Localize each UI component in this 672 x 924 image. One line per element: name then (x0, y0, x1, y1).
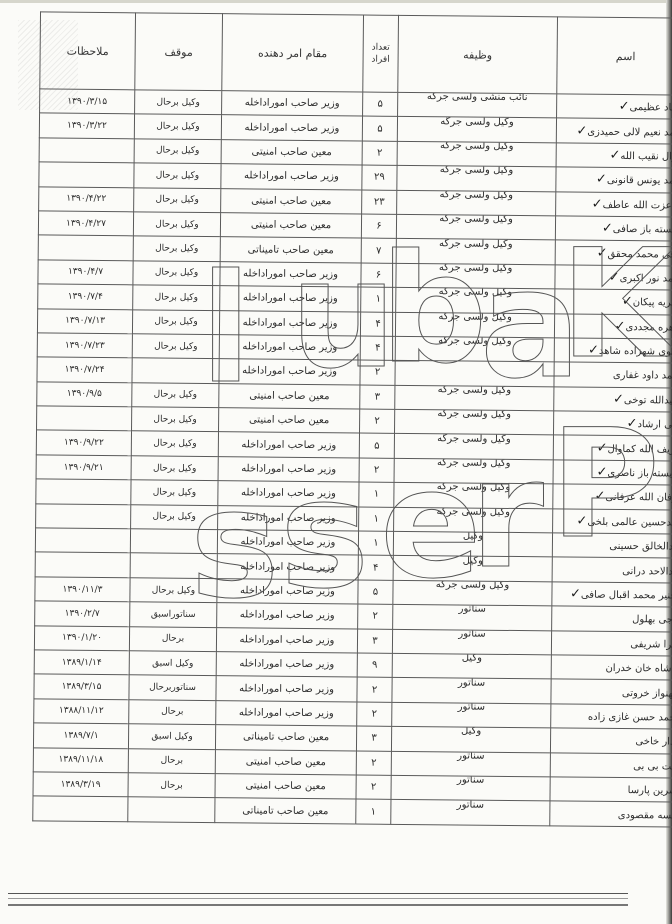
row-status: وکیل برحال (133, 212, 220, 237)
person-name: حاجی بهلول (632, 615, 672, 626)
row-status: وکیل برحال (132, 309, 219, 334)
checkmark-icon: ✓ (570, 587, 581, 602)
row-name: محمد حسن غازی زاده (551, 704, 672, 730)
job-title: وکیل ولسی جرگه (439, 214, 513, 225)
bottom-rule (8, 893, 628, 906)
checkmark-icon: ✓ (576, 513, 587, 528)
row-notes (36, 479, 131, 504)
header-count: تعداد افراد (363, 15, 399, 92)
row-count: ۳ (357, 629, 392, 654)
row-count: ۱ (356, 799, 391, 824)
row-authority: وزیر صاحب اموراداخله (219, 310, 360, 336)
job-title: وکیل ولسی جرگه (439, 287, 513, 298)
job-title: وکیل ولسی جرگه (440, 166, 514, 177)
person-name: محمد حسن غازی زاده (588, 712, 672, 724)
checkmark-icon: ✓ (597, 440, 608, 455)
row-job: وکیل (393, 531, 552, 557)
row-name: فرهاد عظیمی✓ (557, 94, 672, 120)
row-status: وکیل برحال (133, 285, 220, 310)
row-authority: معین صاحب امنیتی (215, 749, 356, 775)
table-row: ۶۰انیسه مقصودیسناتور۱معین صاحب تامیناتی (33, 796, 672, 827)
person-name: جنرال نقیب الله (620, 151, 672, 163)
row-job: وکیل ولسی جرگه (397, 190, 556, 216)
checkmark-icon: ✓ (627, 416, 638, 431)
row-job: وکیل ولسی جرگه (397, 117, 556, 143)
row-name: طاهره مجددی✓ (554, 313, 672, 339)
row-status: وکیل اسبق (129, 651, 216, 676)
row-authority: وزیر صاحب اموراداخله (221, 164, 362, 190)
row-job: وکیل ولسی جرگه (396, 287, 555, 313)
row-notes: ۱۳۹۰/۳/۱۵ (40, 89, 135, 114)
row-status: وکیل برحال (131, 480, 218, 505)
job-title: وکیل ولسی جرگه (436, 580, 510, 591)
row-job: وکیل ولسی جرگه (395, 312, 554, 338)
row-authority: معین صاحب تامیناتی (215, 798, 356, 824)
row-notes: ۱۳۹۰/۷/۲۳ (37, 333, 132, 358)
row-authority: وزیر صاحب اموراداخله (219, 335, 360, 361)
row-authority: وزیر صاحب اموراداخله (216, 676, 357, 702)
row-name: هیلی ارشاد✓ (553, 411, 672, 437)
row-notes: ۱۳۹۰/۷/۴ (38, 284, 133, 309)
checkmark-icon: ✓ (613, 392, 624, 407)
row-notes: ۱۳۹۰/۹/۲۲ (36, 430, 131, 455)
row-status: وکیل برحال (132, 334, 219, 359)
row-authority: معین صاحب تامیناتی (215, 725, 356, 751)
job-title: وکیل ولسی جرگه (438, 312, 512, 323)
checkmark-icon: ✓ (588, 343, 599, 358)
job-title: نائب منشی ولسی جرگه (427, 92, 528, 103)
row-count: ۲۳ (362, 190, 397, 215)
row-status: وکیل برحال (132, 407, 219, 432)
row-count: ۱ (359, 507, 394, 532)
row-name: عرفان الله عرفانی✓ (553, 484, 672, 510)
job-title: وکیل (463, 531, 483, 542)
person-name: شایسته باز صافی (613, 224, 672, 236)
row-count: ۱ (359, 482, 394, 507)
person-name: نسرین پارسا (628, 785, 672, 797)
person-name: شکریه پیکان (633, 297, 672, 309)
person-name: حمیدالله توخی (624, 395, 672, 407)
checkmark-icon: ✓ (609, 148, 620, 163)
row-job: وکیل ولسی جرگه (394, 458, 553, 484)
row-authority: وزیر صاحب اموراداخله (218, 457, 359, 483)
row-job: وکیل ولسی جرگه (397, 141, 556, 167)
checkmark-icon: ✓ (594, 489, 605, 504)
person-name: فرهاد عظیمی (630, 102, 672, 114)
row-name: عبدالخالق حسینی (552, 533, 672, 559)
job-title: سناتور (458, 678, 485, 689)
row-name: انیسه مقصودی (550, 801, 672, 827)
row-job: وکیل (393, 556, 552, 582)
row-count: ۶ (361, 263, 396, 288)
job-title: وکیل ولسی جرگه (439, 190, 513, 201)
person-name: بیدار خاخی (635, 737, 672, 748)
row-job: وکیل ولسی جرگه (396, 214, 555, 240)
row-name: سیدحسین عالمی بلخی✓ (553, 509, 672, 535)
row-notes: ۱۳۸۹/۱/۱۴ (34, 650, 129, 675)
header-name: اسم (557, 17, 672, 95)
person-name: انجنیر محمد اقبال صافی (581, 590, 672, 602)
table-body: ۳۱فرهاد عظیمی✓نائب منشی ولسی جرگه۵وزیر ص… (33, 89, 672, 827)
row-authority: وزیر صاحب اموراداخله (217, 603, 358, 629)
row-status: وکیل برحال (135, 90, 222, 115)
row-notes: ۱۳۸۹/۳/۱۵ (34, 674, 129, 699)
job-title: وکیل (462, 653, 482, 664)
person-name: عرفان الله عرفانی (605, 492, 672, 504)
row-name: ملا عزت الله عاطف✓ (556, 191, 672, 217)
row-notes (35, 528, 130, 553)
row-count: ۲ (356, 751, 391, 776)
person-name: حاجی محمد محقق (608, 248, 672, 260)
person-name: شهنواز خروتی (622, 688, 672, 700)
checkmark-icon: ✓ (602, 221, 613, 236)
checkmark-icon: ✓ (576, 123, 587, 138)
row-count: ۲ (356, 775, 391, 800)
row-count: ۲ (359, 409, 394, 434)
row-notes: ۱۳۸۹/۱۱/۱۸ (33, 747, 128, 772)
row-count: ۷ (361, 238, 396, 263)
row-name: بخت بی بی (550, 752, 672, 778)
row-notes: ۱۳۹۰/۹/۵ (37, 382, 132, 407)
row-status: وکیل برحال (134, 163, 221, 188)
row-authority: وزیر صاحب اموراداخله (218, 505, 359, 531)
row-status: سناتوربرحال (129, 675, 216, 700)
header-authority: مقام امر دهنده (222, 14, 364, 92)
header-job: وظیفه (398, 15, 558, 94)
row-count: ۴ (360, 336, 395, 361)
row-notes (35, 552, 130, 577)
checkmark-icon: ✓ (619, 99, 630, 114)
row-job: وکیل ولسی جرگه (396, 239, 555, 265)
row-job: وکیل ولسی جرگه (396, 263, 555, 289)
row-authority: وزیر صاحب اموراداخله (216, 627, 357, 653)
row-count: ۳ (360, 385, 395, 410)
row-authority: وزیر صاحب اموراداخله (216, 700, 357, 726)
row-count: ۴ (360, 312, 395, 337)
row-name: زهرا شریفی (551, 630, 672, 656)
row-status (128, 797, 215, 822)
row-job: سناتور (391, 775, 550, 801)
row-count: ۲ (360, 360, 395, 385)
row-name: نسرین پارسا (550, 777, 672, 803)
job-title: وکیل ولسی جرگه (440, 141, 514, 152)
job-title: وکیل ولسی جرگه (439, 263, 513, 274)
scan-top-edge (0, 0, 672, 3)
row-authority: وزیر صاحب اموراداخله (221, 115, 362, 141)
row-status: وکیل برحال (133, 236, 220, 261)
row-count: ۵ (363, 92, 398, 117)
row-name: عبدالاحد درانی (552, 557, 672, 583)
row-name: محمد داود غفاری (554, 362, 672, 388)
person-name: محمد داود غفاری (613, 370, 672, 382)
row-count: ۵ (359, 433, 394, 458)
row-job: وکیل (391, 726, 550, 752)
person-name: انیسه مقصودی (618, 810, 672, 822)
row-authority: وزیر صاحب اموراداخله (217, 530, 358, 556)
row-job: وکیل ولسی جرگه (393, 580, 552, 606)
row-name: بیدار خاخی (550, 728, 672, 754)
row-notes: ۱۳۸۹/۷/۱ (33, 723, 128, 748)
row-count: ۴ (358, 555, 393, 580)
row-authority: معین صاحب امنیتی (219, 408, 360, 434)
row-authority: معین صاحب امنیتی (221, 139, 362, 165)
person-name: زهرا شریفی (630, 639, 672, 650)
row-authority: معین صاحب تامیناتی (220, 237, 361, 263)
row-status: وکیل برحال (131, 504, 218, 529)
row-notes: ۱۳۹۰/۳/۲۲ (39, 113, 134, 138)
row-status: وکیل برحال (134, 187, 221, 212)
row-status: سناتوراسبق (130, 602, 217, 627)
row-job: وکیل ولسی جرگه (395, 385, 554, 411)
row-count: ۲ (358, 604, 393, 629)
job-title: وکیل ولسی جرگه (438, 385, 512, 396)
person-name: پادشاه خان خدران (605, 663, 672, 675)
row-job: سناتور (392, 702, 551, 728)
row-authority: وزیر صاحب اموراداخله (217, 554, 358, 580)
table-header-row: شماره اسم وظیفه تعداد افراد مقام امر دهن… (40, 12, 672, 96)
job-title: وکیل ولسی جرگه (436, 507, 510, 518)
row-count: ۵ (362, 116, 397, 141)
row-notes (36, 504, 131, 529)
row-authority: وزیر صاحب اموراداخله (219, 359, 360, 385)
job-title: وکیل (463, 556, 483, 567)
job-title: وکیل ولسی جرگه (437, 458, 511, 469)
row-authority: معین صاحب امنیتی (221, 188, 362, 214)
row-status: برحال (129, 626, 216, 651)
row-status: وکیل برحال (130, 578, 217, 603)
row-count: ۶ (361, 214, 396, 239)
row-authority: وزیر صاحب اموراداخله (217, 578, 358, 604)
row-authority: معین صاحب امنیتی (220, 213, 361, 239)
person-name: محمد یونس قانونی (607, 175, 672, 187)
job-title: سناتور (458, 629, 485, 640)
row-status: وکیل برحال (133, 261, 220, 286)
job-title: وکیل ولسی جرگه (440, 117, 514, 128)
person-name: محمد نور اکبری (620, 273, 672, 285)
job-title: وکیل ولسی جرگه (438, 336, 512, 347)
row-name: محمد نعیم لالی حمیدزی✓ (556, 118, 672, 144)
row-name: حمیدالله توخی✓ (554, 387, 672, 413)
row-status: وکیل برحال (131, 456, 218, 481)
row-name: مولوی شهزاده شاهد✓ (554, 338, 672, 364)
checkmark-icon: ✓ (614, 319, 625, 334)
checkmark-icon: ✓ (596, 172, 607, 187)
row-authority: وزیر صاحب اموراداخله (218, 481, 359, 507)
row-notes (39, 162, 134, 187)
row-name: پادشاه خان خدران (551, 655, 672, 681)
row-notes: ۱۳۸۹/۳/۱۹ (33, 772, 128, 797)
checkmark-icon: ✓ (592, 196, 603, 211)
job-title: سناتور (458, 702, 485, 713)
job-title: سناتور (457, 775, 484, 786)
row-count: ۹ (357, 653, 392, 678)
row-name: شایسته باز ناصری✓ (553, 460, 672, 486)
bottom-rule-inner (8, 898, 628, 899)
row-notes: ۱۳۹۰/۲/۷ (35, 601, 130, 626)
row-notes: ۱۳۹۰/۹/۲۱ (36, 455, 131, 480)
row-authority: معین صاحب امنیتی (219, 383, 360, 409)
row-name: محمد نور اکبری✓ (555, 265, 672, 291)
row-status: برحال (129, 700, 216, 725)
job-title: وکیل (461, 726, 481, 737)
row-job: سناتور (392, 678, 551, 704)
row-count: ۲ (362, 141, 397, 166)
row-status (132, 358, 219, 383)
person-name: بخت بی بی (633, 761, 672, 772)
row-notes: ۱۳۹۰/۴/۲۲ (39, 186, 134, 211)
row-name: شایسته باز صافی✓ (555, 216, 672, 242)
row-authority: وزیر صاحب اموراداخله (222, 91, 363, 117)
row-notes: ۱۳۹۰/۴/۷ (38, 260, 133, 285)
row-name: حاجی بهلول (552, 606, 672, 632)
person-name: سیدحسین عالمی بلخی (587, 517, 672, 529)
row-status: وکیل برحال (134, 114, 221, 139)
row-status: وکیل اسبق (128, 724, 215, 749)
job-title: سناتور (457, 751, 484, 762)
row-status: وکیل برحال (134, 139, 221, 164)
row-job: نائب منشی ولسی جرگه (398, 92, 557, 118)
row-notes (39, 138, 134, 163)
row-authority: وزیر صاحب اموراداخله (216, 652, 357, 678)
row-name: شکریه پیکان✓ (555, 289, 672, 315)
row-status: برحال (128, 773, 215, 798)
person-name: عبدالاحد درانی (622, 566, 672, 578)
row-job (395, 361, 554, 387)
row-notes: ۱۳۹۰/۷/۱۳ (37, 308, 132, 333)
row-authority: وزیر صاحب اموراداخله (220, 286, 361, 312)
row-status: وکیل برحال (131, 431, 218, 456)
row-notes: ۱۳۹۰/۴/۲۷ (38, 211, 133, 236)
row-name: انجنیر محمد اقبال صافی✓ (552, 582, 672, 608)
row-count: ۵ (358, 580, 393, 605)
job-title: سناتور (459, 605, 486, 616)
job-title: وکیل ولسی جرگه (437, 483, 511, 494)
row-job: وکیل ولسی جرگه (394, 483, 553, 509)
row-status (130, 529, 217, 554)
row-count: ۱ (358, 531, 393, 556)
row-authority: وزیر صاحب اموراداخله (218, 432, 359, 458)
row-count: ۳ (356, 726, 391, 751)
header-status: موقف (135, 13, 223, 91)
row-notes: ۱۳۹۰/۱/۲۰ (34, 625, 129, 650)
row-notes (37, 406, 132, 431)
person-name: محمد نعیم لالی حمیدزی (587, 126, 672, 138)
job-title: وکیل ولسی جرگه (437, 434, 511, 445)
person-name: هیلی ارشاد (637, 419, 672, 430)
row-authority: وزیر صاحب اموراداخله (220, 261, 361, 287)
header-notes: ملاحظات (40, 12, 136, 90)
row-count: ۲۹ (362, 165, 397, 190)
person-name: مولوی شهزاده شاهد (599, 346, 672, 358)
row-name: شریف الله کماوال✓ (553, 435, 672, 461)
row-name: محمد یونس قانونی✓ (556, 167, 672, 193)
row-status (130, 553, 217, 578)
job-title: وکیل ولسی جرگه (439, 239, 513, 250)
row-job: سناتور (391, 751, 550, 777)
row-job: سناتور (391, 800, 550, 826)
row-authority: معین صاحب امنیتی (215, 774, 356, 800)
row-notes (33, 796, 128, 821)
row-job: وکیل (392, 653, 551, 679)
row-count: ۲ (357, 677, 392, 702)
row-job: سناتور (392, 629, 551, 655)
row-name: جنرال نقیب الله✓ (556, 143, 672, 169)
personnel-table: شماره اسم وظیفه تعداد افراد مقام امر دهن… (32, 11, 672, 827)
checkmark-icon: ✓ (596, 465, 607, 480)
row-job: وکیل ولسی جرگه (394, 507, 553, 533)
row-notes (38, 235, 133, 260)
row-job: وکیل ولسی جرگه (394, 434, 553, 460)
row-job: سناتور (393, 605, 552, 631)
person-name: شریف الله کماوال (607, 444, 672, 456)
person-name: شایسته باز ناصری (607, 468, 672, 480)
checkmark-icon: ✓ (609, 270, 620, 285)
row-status: برحال (128, 748, 215, 773)
person-name: ملا عزت الله عاطف (603, 200, 672, 212)
row-job: وکیل ولسی جرگه (397, 166, 556, 192)
row-count: ۱ (361, 287, 396, 312)
row-name: شهنواز خروتی (551, 679, 672, 705)
row-name: حاجی محمد محقق✓ (555, 240, 672, 266)
row-status: وکیل برحال (132, 383, 219, 408)
person-name: عبدالخالق حسینی (609, 541, 672, 553)
row-job: وکیل ولسی جرگه (394, 409, 553, 435)
job-title: سناتور (457, 800, 484, 811)
job-title: وکیل ولسی جرگه (437, 409, 511, 420)
checkmark-icon: ✓ (597, 245, 608, 260)
row-job: وکیل ولسی جرگه (395, 336, 554, 362)
person-name: طاهره مجددی (625, 322, 672, 334)
row-notes: ۱۳۹۰/۱۱/۳ (35, 577, 130, 602)
row-notes: ۱۳۸۸/۱۱/۱۲ (34, 699, 129, 724)
checkmark-icon: ✓ (622, 294, 633, 309)
row-count: ۲ (357, 702, 392, 727)
row-notes: ۱۳۹۰/۷/۲۴ (37, 357, 132, 382)
row-count: ۲ (359, 458, 394, 483)
